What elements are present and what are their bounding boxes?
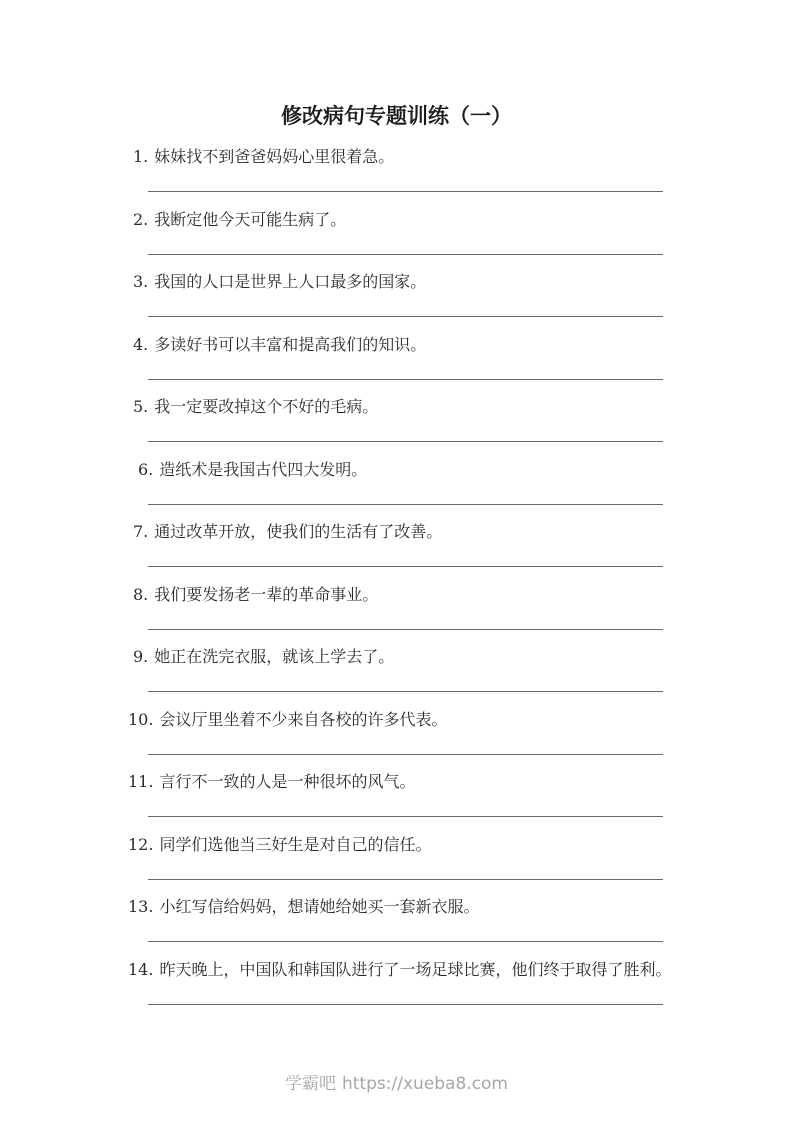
question-text: 妹妹找不到爸爸妈妈心里很着急。: [154, 147, 394, 166]
answer-blank-line: [148, 316, 663, 317]
question-number: 3.: [133, 272, 148, 291]
question-number: 10.: [128, 710, 153, 729]
answer-blank-line: [148, 504, 663, 505]
question-item-3: 3.我国的人口是世界上人口最多的国家。: [133, 272, 681, 335]
question-item-14: 14.昨天晚上，中国队和韩国队进行了一场足球比赛，他们终于取得了胜利。: [133, 960, 681, 1023]
question-number: 12.: [128, 835, 153, 854]
question-item-8: 8.我们要发扬老一辈的革命事业。: [133, 585, 681, 648]
question-text: 我们要发扬老一辈的革命事业。: [154, 585, 378, 604]
question-sentence: 2.我断定他今天可能生病了。: [133, 210, 681, 230]
question-item-13: 13.小红写信给妈妈，想请她给她买一套新衣服。: [133, 897, 681, 960]
question-number: 9.: [133, 647, 148, 666]
question-sentence: 7.通过改革开放，使我们的生活有了改善。: [133, 522, 681, 542]
page-title: 修改病句专题训练（一）: [0, 100, 793, 130]
answer-blank-line: [148, 441, 663, 442]
question-text: 多读好书可以丰富和提高我们的知识。: [154, 335, 426, 354]
question-text: 昨天晚上，中国队和韩国队进行了一场足球比赛，他们终于取得了胜利。: [159, 960, 671, 979]
question-sentence: 14.昨天晚上，中国队和韩国队进行了一场足球比赛，他们终于取得了胜利。: [128, 960, 681, 980]
question-number: 7.: [133, 522, 148, 541]
question-text: 造纸术是我国古代四大发明。: [159, 460, 367, 479]
answer-blank-line: [148, 191, 663, 192]
question-text: 小红写信给妈妈，想请她给她买一套新衣服。: [159, 897, 479, 916]
question-number: 11.: [128, 772, 153, 791]
question-text: 会议厅里坐着不少来自各校的许多代表。: [159, 710, 447, 729]
question-number: 6.: [138, 460, 153, 479]
answer-blank-line: [148, 754, 663, 755]
answer-blank-line: [148, 566, 663, 567]
answer-blank-line: [148, 379, 663, 380]
question-item-1: 1.妹妹找不到爸爸妈妈心里很着急。: [133, 147, 681, 210]
question-sentence: 6.造纸术是我国古代四大发明。: [138, 460, 681, 480]
question-text: 我国的人口是世界上人口最多的国家。: [154, 272, 426, 291]
answer-blank-line: [148, 629, 663, 630]
question-sentence: 8.我们要发扬老一辈的革命事业。: [133, 585, 681, 605]
answer-blank-line: [148, 1004, 663, 1005]
question-sentence: 11.言行不一致的人是一种很坏的风气。: [128, 772, 681, 792]
question-number: 2.: [133, 210, 148, 229]
question-sentence: 4.多读好书可以丰富和提高我们的知识。: [133, 335, 681, 355]
question-sentence: 5.我一定要改掉这个不好的毛病。: [133, 397, 681, 417]
footer-watermark: 学霸吧https://xueba8.com: [0, 1069, 793, 1094]
answer-blank-line: [148, 816, 663, 817]
question-item-10: 10.会议厅里坐着不少来自各校的许多代表。: [133, 710, 681, 773]
question-number: 1.: [133, 147, 148, 166]
question-item-2: 2.我断定他今天可能生病了。: [133, 210, 681, 273]
question-item-9: 9.她正在洗完衣服，就该上学去了。: [133, 647, 681, 710]
footer-url-link[interactable]: https://xueba8.com: [342, 1074, 508, 1094]
answer-blank-line: [148, 254, 663, 255]
worksheet-page: 修改病句专题训练（一） 1.妹妹找不到爸爸妈妈心里很着急。 2.我断定他今天可能…: [0, 0, 793, 1122]
question-text: 我一定要改掉这个不好的毛病。: [154, 397, 378, 416]
question-list: 1.妹妹找不到爸爸妈妈心里很着急。 2.我断定他今天可能生病了。 3.我国的人口…: [133, 147, 681, 1022]
question-item-11: 11.言行不一致的人是一种很坏的风气。: [133, 772, 681, 835]
question-number: 8.: [133, 585, 148, 604]
question-item-4: 4.多读好书可以丰富和提高我们的知识。: [133, 335, 681, 398]
footer-site-name: 学霸吧: [285, 1074, 336, 1094]
question-text: 言行不一致的人是一种很坏的风气。: [159, 772, 415, 791]
question-text: 同学们选他当三好生是对自己的信任。: [159, 835, 431, 854]
question-number: 14.: [128, 960, 153, 979]
question-item-12: 12.同学们选他当三好生是对自己的信任。: [133, 835, 681, 898]
question-text: 通过改革开放，使我们的生活有了改善。: [154, 522, 442, 541]
question-text: 我断定他今天可能生病了。: [154, 210, 346, 229]
question-number: 5.: [133, 397, 148, 416]
question-text: 她正在洗完衣服，就该上学去了。: [154, 647, 394, 666]
question-sentence: 1.妹妹找不到爸爸妈妈心里很着急。: [133, 147, 681, 167]
question-item-7: 7.通过改革开放，使我们的生活有了改善。: [133, 522, 681, 585]
question-sentence: 3.我国的人口是世界上人口最多的国家。: [133, 272, 681, 292]
question-item-5: 5.我一定要改掉这个不好的毛病。: [133, 397, 681, 460]
question-sentence: 10.会议厅里坐着不少来自各校的许多代表。: [128, 710, 681, 730]
question-sentence: 9.她正在洗完衣服，就该上学去了。: [133, 647, 681, 667]
question-sentence: 12.同学们选他当三好生是对自己的信任。: [128, 835, 681, 855]
question-number: 13.: [128, 897, 153, 916]
answer-blank-line: [148, 879, 663, 880]
question-item-6: 6.造纸术是我国古代四大发明。: [133, 460, 681, 523]
question-sentence: 13.小红写信给妈妈，想请她给她买一套新衣服。: [128, 897, 681, 917]
question-number: 4.: [133, 335, 148, 354]
answer-blank-line: [148, 941, 663, 942]
answer-blank-line: [148, 691, 663, 692]
